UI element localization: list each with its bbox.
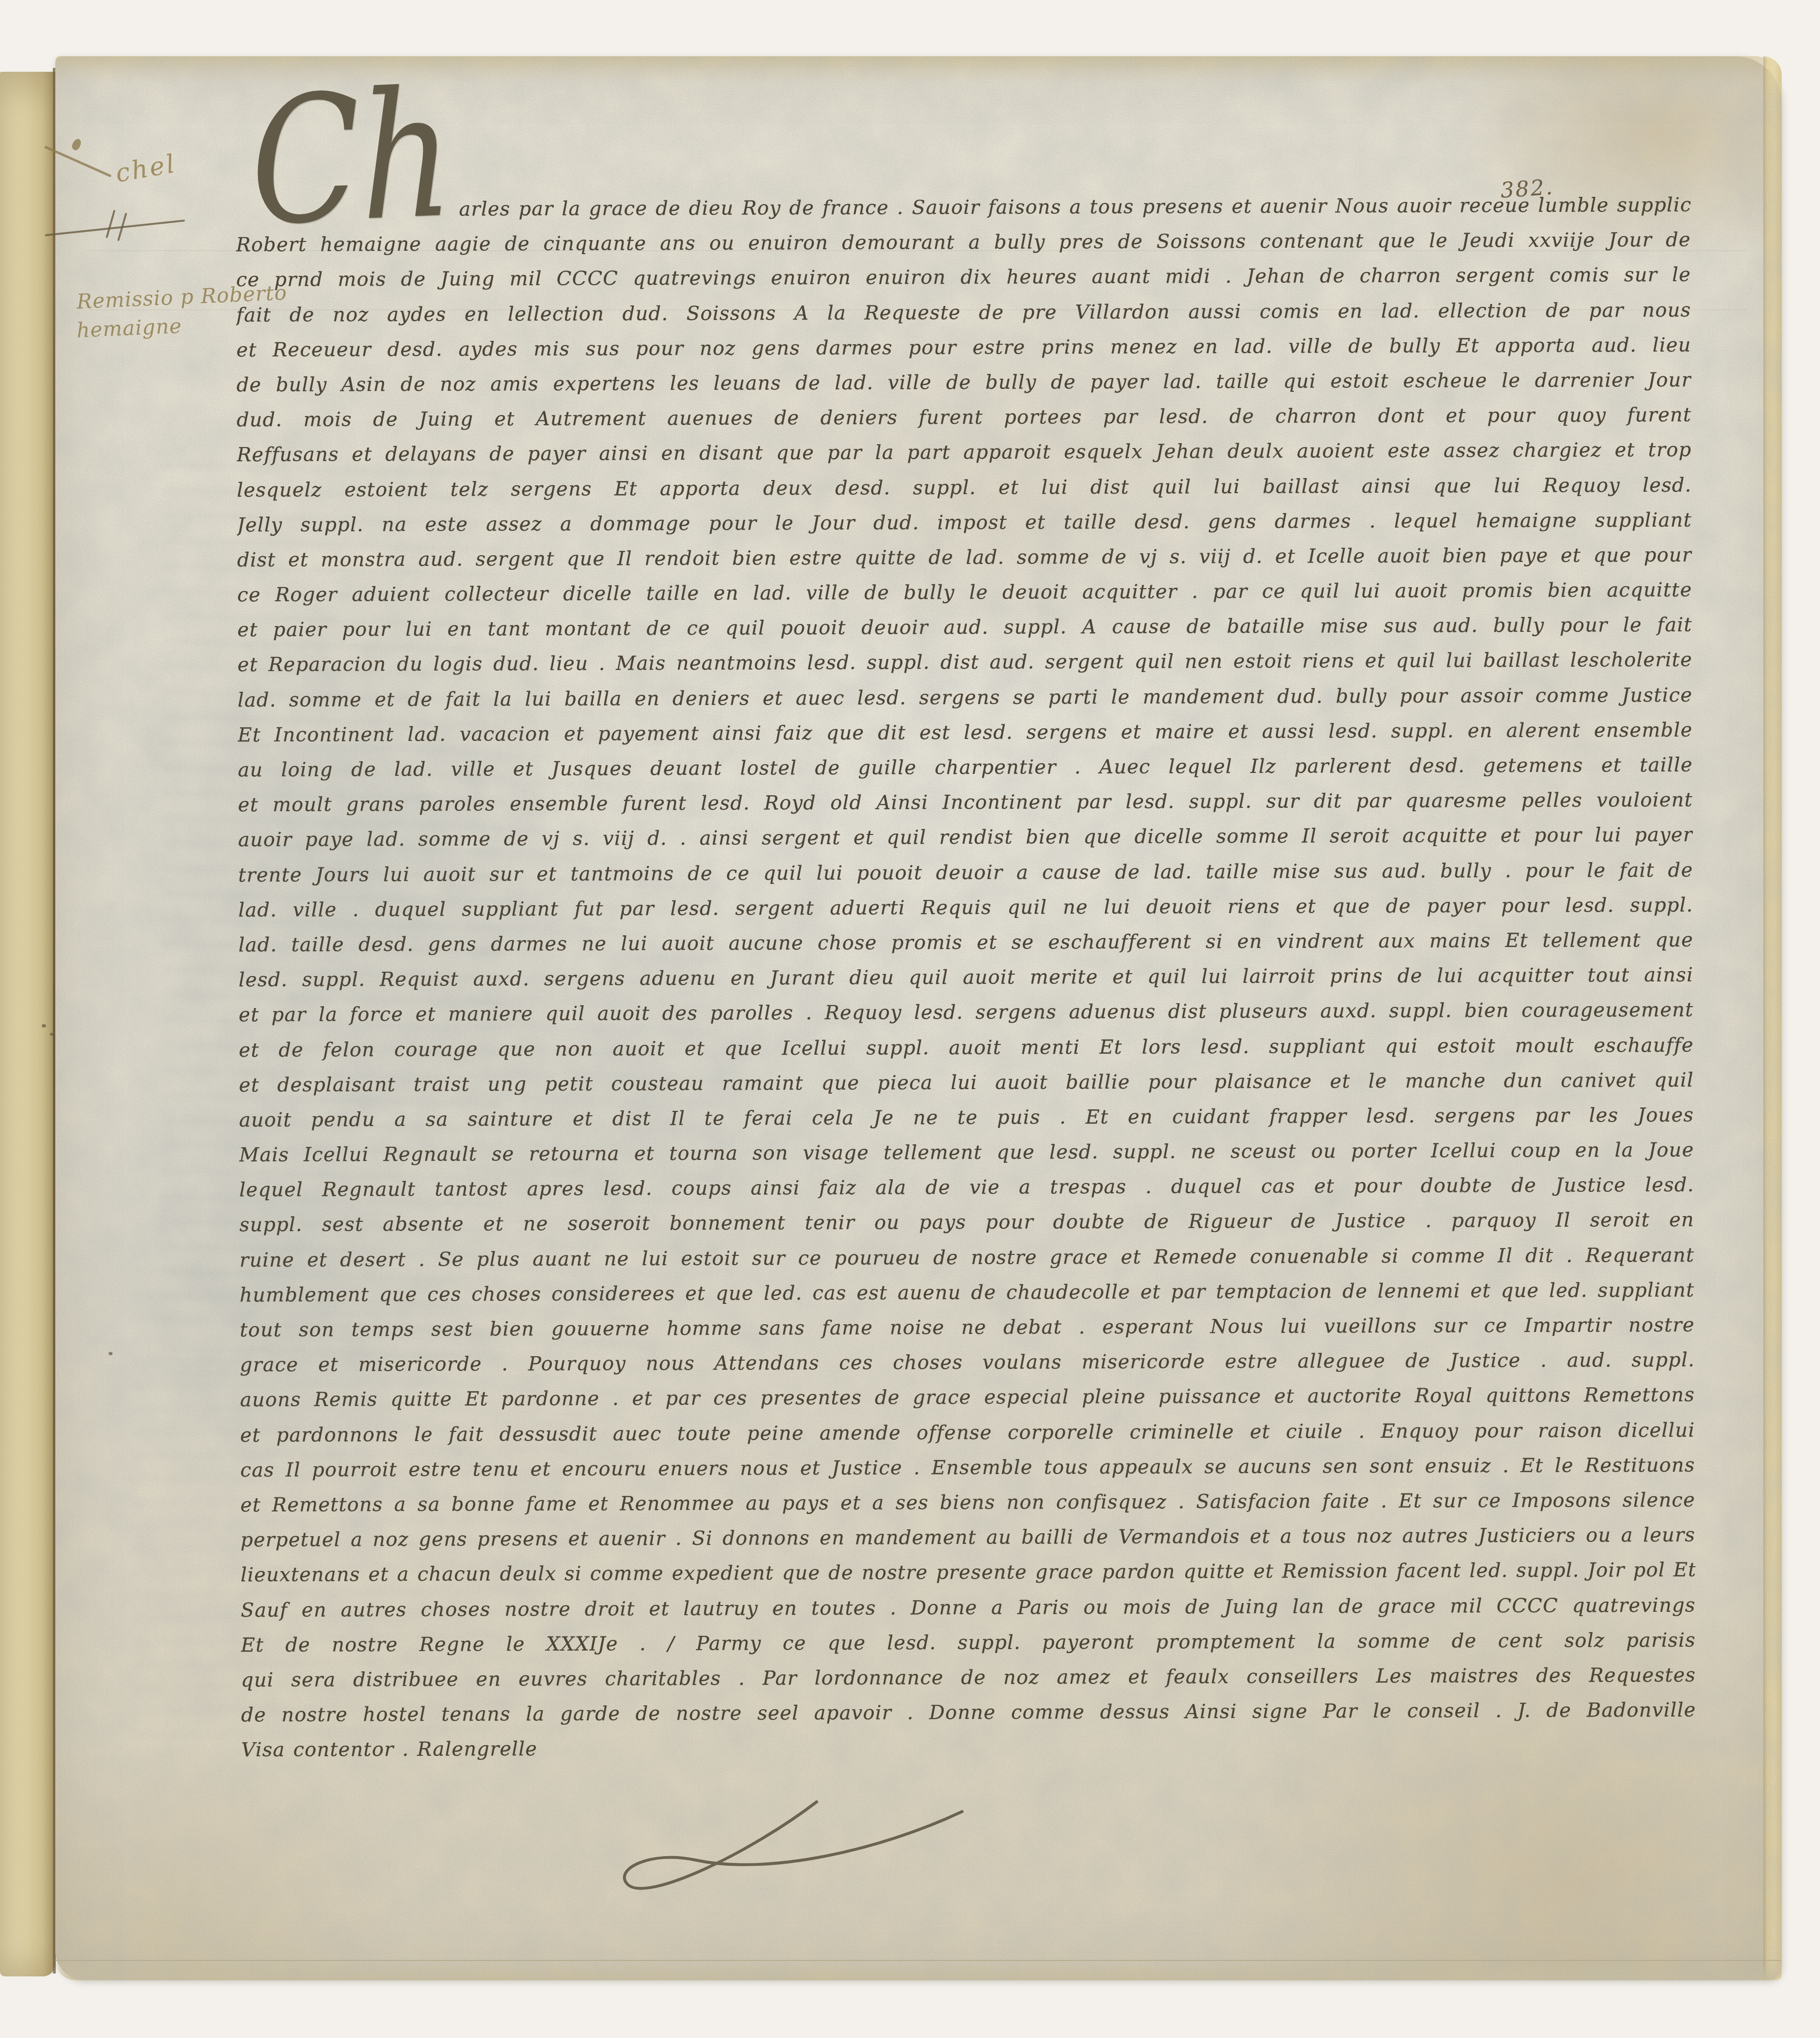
text-line: lesquelz estoient telz sergens Et apport…	[237, 467, 1691, 508]
text-line: cas Il pourroit estre tenu et encouru en…	[240, 1448, 1695, 1488]
text-line: ce prnd mois de Juing mil CCCC quatrevin…	[236, 257, 1691, 298]
text-line: qui sera distribuee en euvres charitable…	[241, 1658, 1696, 1698]
text-line: et paier pour lui en tant montant de ce …	[237, 608, 1692, 648]
text-line: suppl. sest absente et ne soseroit bonne…	[240, 1203, 1694, 1243]
text-line: auons Remis quitte Et pardonne . et par …	[240, 1378, 1695, 1418]
text-line: et Remettons a sa bonne fame et Renommee…	[241, 1483, 1695, 1523]
text-line: auoit pendu a sa sainture et dist Il te …	[239, 1098, 1694, 1138]
text-line: Et de nostre Regne le XXXIJe . / Parmy c…	[241, 1622, 1696, 1663]
previous-folio-edge	[0, 72, 55, 1976]
text-line: et par la force et maniere quil auoit de…	[239, 993, 1693, 1033]
text-line: lad. somme et de fait la lui bailla en d…	[238, 677, 1692, 718]
text-line: humblement que ces choses considerees et…	[240, 1273, 1694, 1313]
text-line: ruine et desert . Se plus auant ne lui e…	[240, 1237, 1694, 1278]
paraph-flourish	[608, 1792, 977, 1918]
text-line: trente Jours lui auoit sur et tantmoins …	[238, 852, 1693, 893]
text-line: au loing de lad. ville et Jusques deuant…	[238, 748, 1692, 788]
text-line: fait de noz aydes en lellection dud. Soi…	[236, 292, 1691, 333]
text-line: dud. mois de Juing et Autrement auenues …	[237, 398, 1691, 438]
text-line: auoir paye lad. somme de vj s. viij d. .…	[238, 818, 1693, 858]
wormhole	[50, 1033, 53, 1036]
text-line: lad. taille desd. gens darmes ne lui auo…	[239, 923, 1693, 963]
body-text: arles par la grace de dieu Roy de france…	[236, 188, 1696, 1768]
text-line: et desplaisant traist ung petit cousteau…	[239, 1062, 1694, 1103]
margin-annotation: hemaigne	[76, 314, 182, 342]
text-line: lieuxtenans et a chacun deulx si comme e…	[241, 1553, 1695, 1593]
text-line: et Reparacion du logis dud. lieu . Mais …	[238, 642, 1692, 683]
text-line: Et Incontinent lad. vacacion et payement…	[238, 713, 1692, 753]
text-line: lequel Regnault tantost apres lesd. coup…	[239, 1168, 1694, 1208]
text-line: Mais Icellui Regnault se retourna et tou…	[239, 1133, 1694, 1173]
text-line: tout son temps sest bien gouuerne homme …	[240, 1308, 1694, 1348]
text-line: arles par la grace de dieu Roy de france…	[236, 188, 1691, 228]
text-line: Reffusans et delayans de payer ainsi en …	[237, 433, 1691, 473]
text-line: lesd. suppl. Requist auxd. sergens aduen…	[239, 958, 1693, 998]
text-line: perpetuel a noz gens presens et auenir .…	[241, 1518, 1695, 1558]
wormhole	[109, 1352, 113, 1355]
text-line: ce Roger aduient collecteur dicelle tail…	[237, 573, 1692, 613]
text-line: Sauf en autres choses nostre droit et la…	[241, 1588, 1695, 1628]
manuscript-scan: 382. Ch arles par la grace de dieu Roy d…	[0, 0, 1820, 2038]
text-line: lad. ville . duquel suppliant fut par le…	[238, 888, 1693, 928]
text-line: de nostre hostel tenans la garde de nost…	[241, 1693, 1696, 1733]
text-line: et moult grans paroles ensemble furent l…	[238, 783, 1693, 823]
text-line: grace et misericorde . Pourquoy nous Att…	[240, 1343, 1695, 1383]
parchment-page: 382. Ch arles par la grace de dieu Roy d…	[55, 56, 1782, 1980]
page-bottom-edge	[55, 1960, 1782, 1980]
text-line: Visa contentor . Ralengrelle	[241, 1728, 1696, 1768]
text-line: et de felon courage que non auoit et que…	[239, 1027, 1693, 1068]
page-right-edge	[1763, 56, 1782, 1980]
wormhole	[42, 1024, 46, 1027]
text-line: Robert hemaigne aagie de cinquante ans o…	[236, 223, 1691, 263]
text-line: dist et monstra aud. sergent que Il rend…	[237, 538, 1692, 578]
text-line: et pardonnons le fait dessusdit auec tou…	[240, 1412, 1695, 1453]
text-line: Jelly suppl. na este assez a dommage pou…	[237, 502, 1692, 543]
text-line: de bully Asin de noz amis expertens les …	[237, 363, 1691, 403]
text-line: et Receueur desd. aydes mis sus pour noz…	[236, 328, 1691, 368]
